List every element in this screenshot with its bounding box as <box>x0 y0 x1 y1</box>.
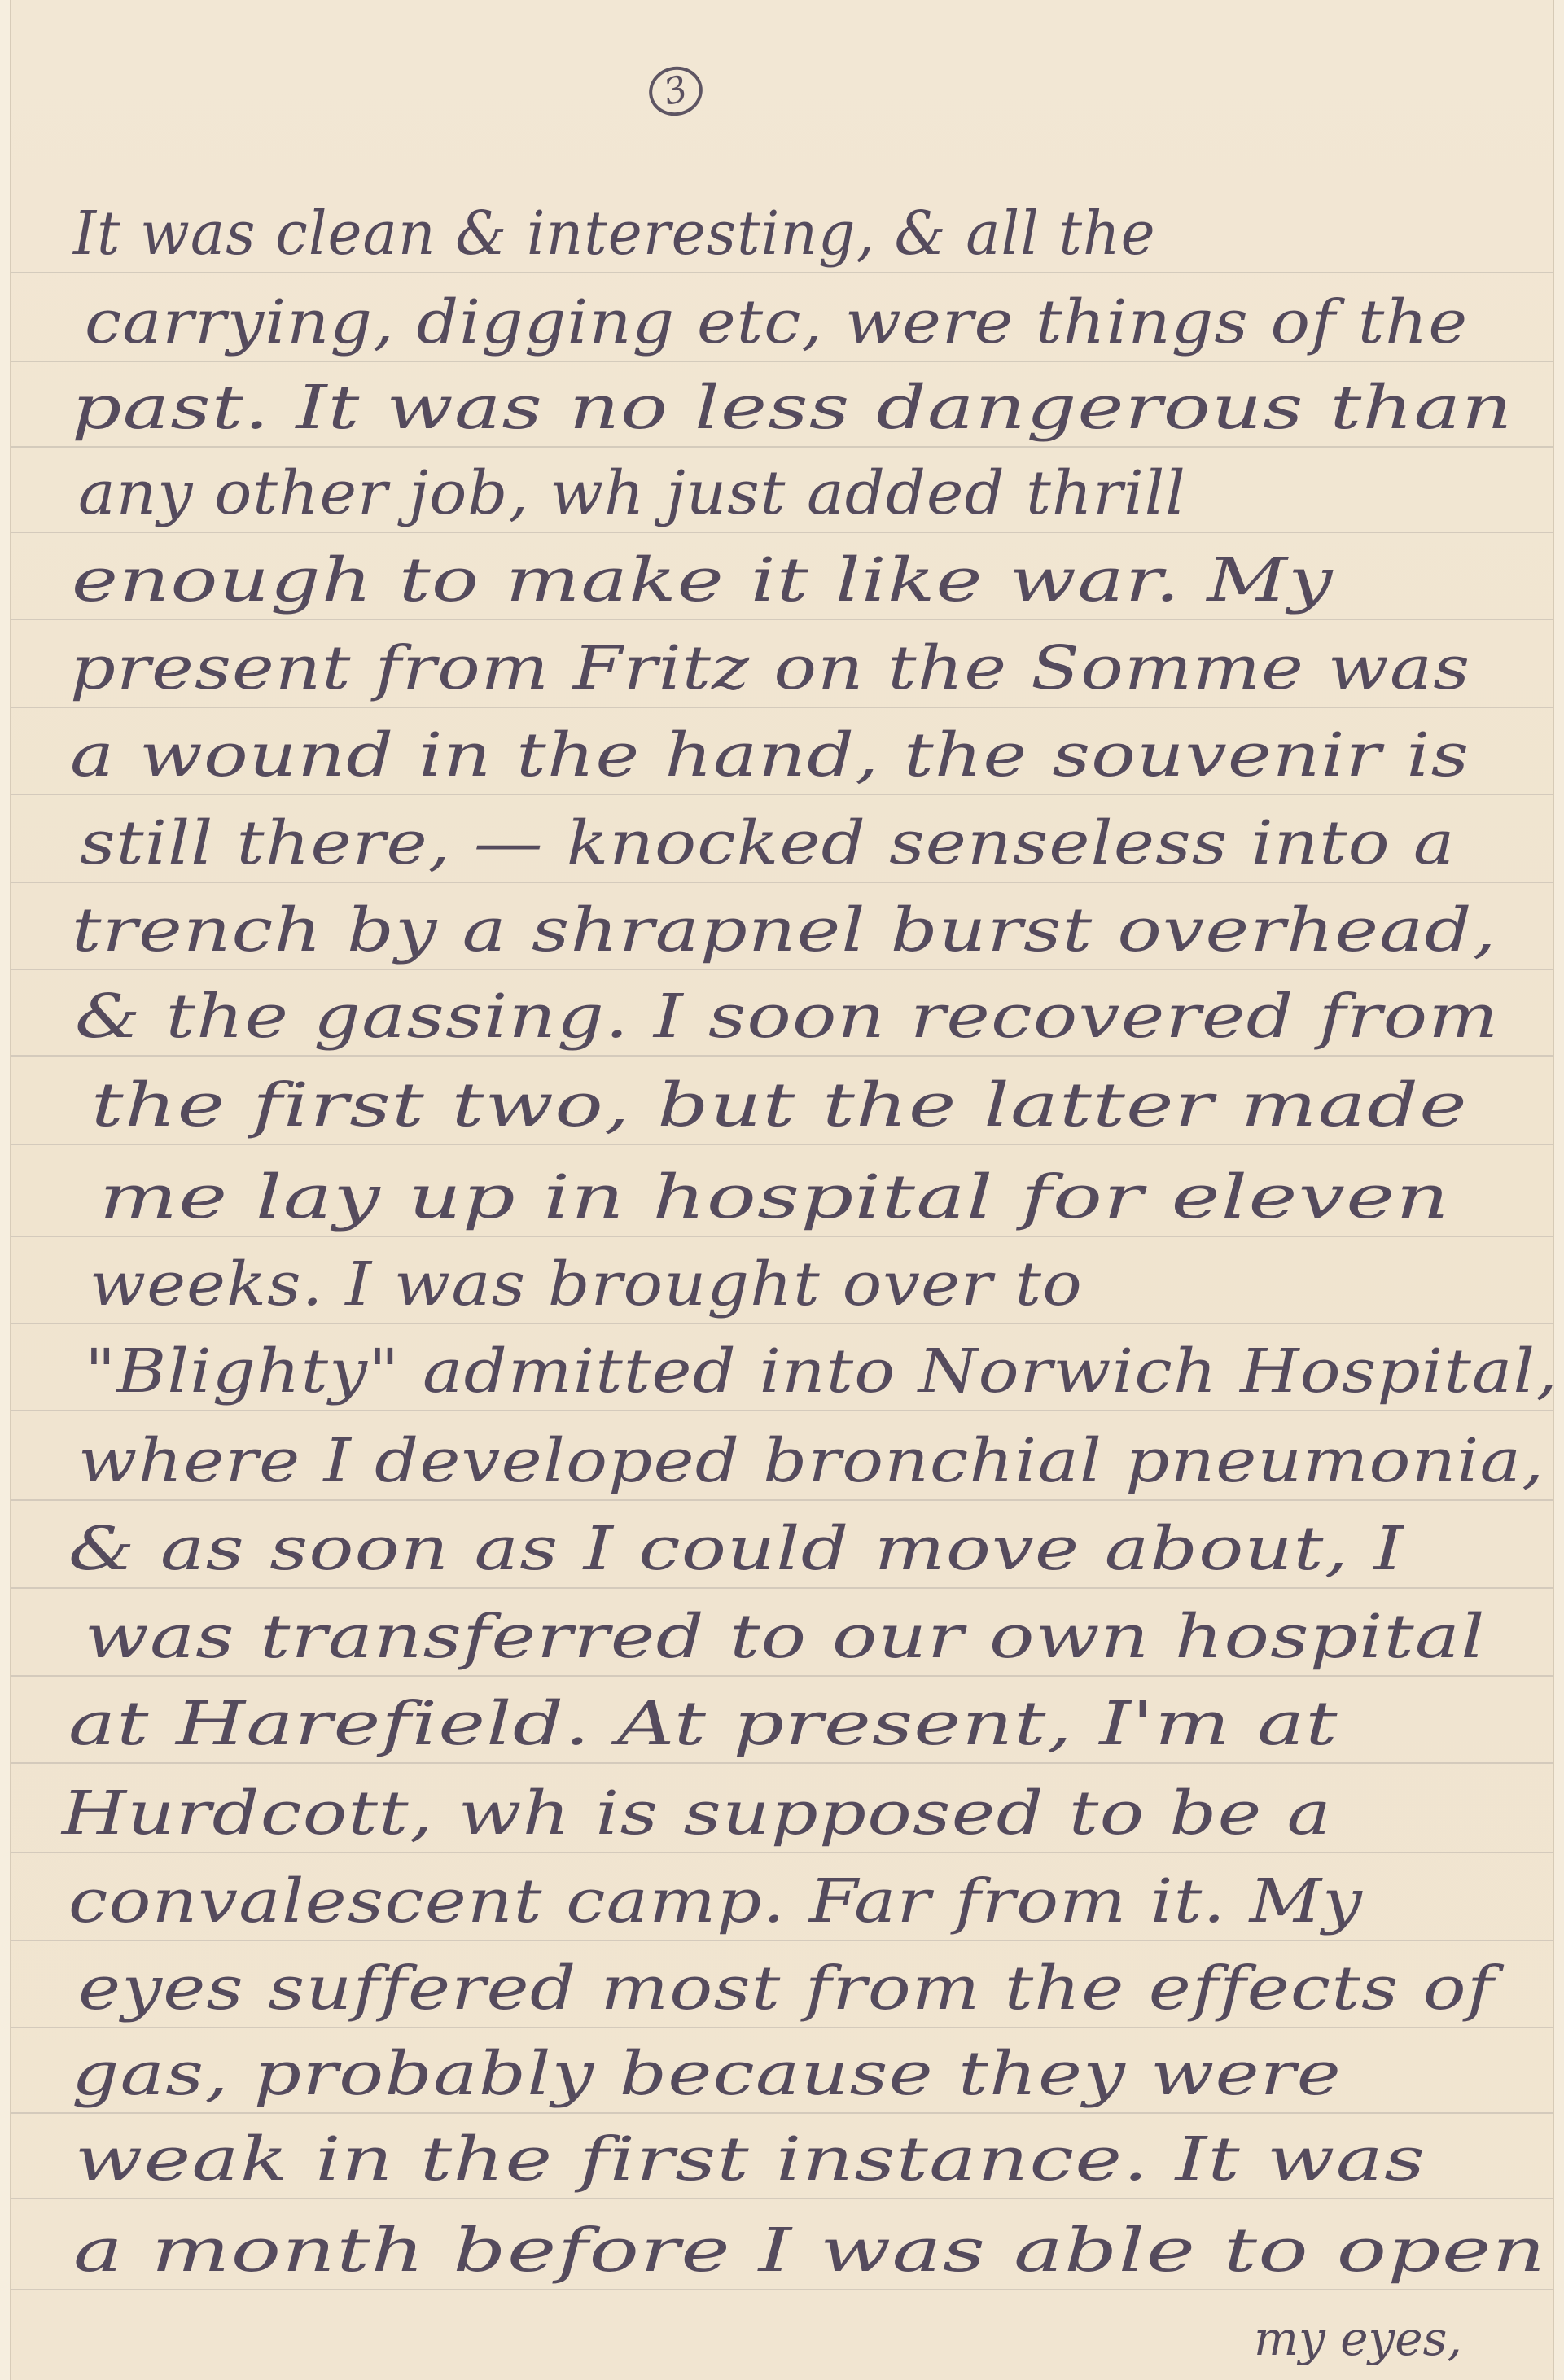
text-line: & as soon as I could move about, I <box>68 1504 1404 1594</box>
text-line: any other job, wh just added thrill <box>78 448 1186 538</box>
text-line: at Harefield. At present, I'm at <box>68 1679 1338 1769</box>
text-line: It was clean & interesting, & all the <box>73 189 1156 278</box>
text-line: weak in the first instance. It was <box>75 2115 1426 2204</box>
text-line: a month before I was able to open <box>73 2206 1547 2295</box>
text-line: & the gassing. I soon recovered from <box>75 972 1499 1061</box>
text-line: Hurdcott, wh is supposed to be a <box>62 1769 1332 1858</box>
left-page-edge <box>0 0 11 2380</box>
catchword: my eyes, <box>1254 2310 1462 2367</box>
text-line: me lay up in hospital for eleven <box>99 1153 1450 1242</box>
text-line: "Blighty" admitted into Norwich Hospital… <box>85 1327 1558 1416</box>
text-line: a wound in the hand, the souvenir is <box>70 711 1470 800</box>
text-line: still there, — knocked senseless into a <box>80 798 1456 888</box>
text-line: weeks. I was brought over to <box>90 1240 1083 1329</box>
text-line: where I developed bronchial pneumonia, <box>78 1416 1544 1506</box>
letter-page: 3 It was clean & interesting, & all the … <box>0 0 1564 2380</box>
text-line: eyes suffered most from the effects of <box>78 1944 1495 2033</box>
page-number: 3 <box>644 61 708 121</box>
page-number-text: 3 <box>660 71 691 111</box>
text-line: the first two, but the latter made <box>91 1061 1468 1150</box>
text-line: gas, probably because they were <box>72 2029 1342 2119</box>
text-line: convalescent camp. Far from it. My <box>68 1857 1363 1946</box>
text-line: present from Fritz on the Somme was <box>70 623 1470 713</box>
text-line: trench by a shrapnel burst overhead, <box>72 886 1497 975</box>
text-line: enough to make it like war. My <box>72 536 1334 625</box>
text-line: was transferred to our own hospital <box>85 1592 1486 1682</box>
text-line: past. It was no less dangerous than <box>72 363 1513 453</box>
text-line: carrying, digging etc, were things of th… <box>85 278 1468 367</box>
right-page-edge <box>1553 0 1564 2380</box>
